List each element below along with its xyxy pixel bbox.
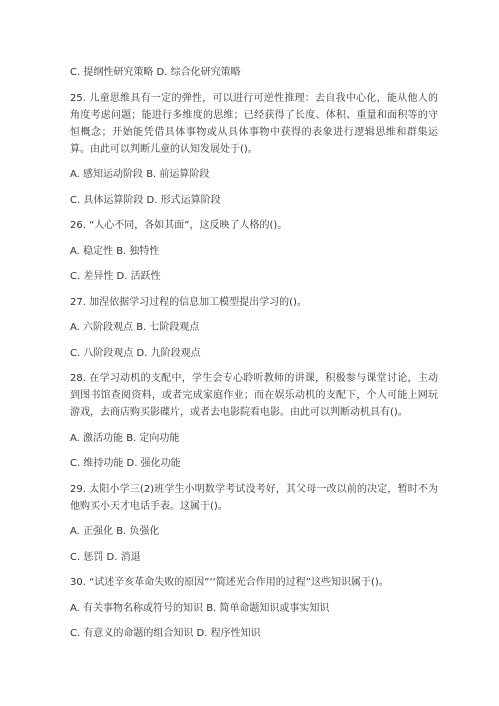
- question-28-options-cd: C. 维持功能 D. 强化功能: [70, 455, 438, 472]
- question-28: 28. 在学习动机的支配中，学生会专心聆听教师的讲课，积极参与课堂讨论，主动到图…: [70, 370, 438, 472]
- question-29-stem: 29. 太阳小学三(2)班学生小明数学考试没考好，其父母一改以前的决定，暂时不为…: [70, 481, 438, 515]
- question-25: 25. 儿童思维具有一定的弹性，可以进行可逆性推理：去自我中心化，能从他人的角度…: [70, 90, 438, 209]
- question-26-options-ab: A. 稳定性 B. 独特性: [70, 243, 438, 260]
- question-30: 30. “试述辛亥革命失败的原因”‘‘简述光合作用的过程”这些知识属于()。 A…: [70, 574, 438, 642]
- question-26: 26. “人心不同，各如其面”，这反映了人格的()。 A. 稳定性 B. 独特性…: [70, 217, 438, 285]
- question-30-options-ab: A. 有关事物名称或符号的知识 B. 简单命题知识或事实知识: [70, 600, 438, 617]
- question-29: 29. 太阳小学三(2)班学生小明数学考试没考好，其父母一改以前的决定，暂时不为…: [70, 481, 438, 566]
- question-29-options-ab: A. 正强化 B. 负强化: [70, 523, 438, 540]
- question-25-options-ab: A. 感知运动阶段 B. 前运算阶段: [70, 166, 438, 183]
- exam-document-page: C. 提纲性研究策略 D. 综合化研究策略 25. 儿童思维具有一定的弹性，可以…: [70, 64, 438, 651]
- question-26-stem: 26. “人心不同，各如其面”，这反映了人格的()。: [70, 217, 438, 234]
- question-30-options-cd: C. 有意义的命题的组合知识 D. 程序性知识: [70, 625, 438, 642]
- previous-question-options-cd: C. 提纲性研究策略 D. 综合化研究策略: [70, 64, 438, 81]
- question-26-options-cd: C. 差异性 D. 活跃性: [70, 268, 438, 285]
- question-25-options-cd: C. 具体运算阶段 D. 形式运算阶段: [70, 192, 438, 209]
- question-27-stem: 27. 加涅依据学习过程的信息加工模型提出学习的()。: [70, 294, 438, 311]
- question-28-stem: 28. 在学习动机的支配中，学生会专心聆听教师的讲课，积极参与课堂讨论，主动到图…: [70, 370, 438, 421]
- question-28-options-ab: A. 激活功能 B. 定向功能: [70, 430, 438, 447]
- question-29-options-cd: C. 惩罚 D. 消退: [70, 549, 438, 566]
- question-27-options-ab: A. 六阶段观点 B. 七阶段观点: [70, 319, 438, 336]
- question-27-options-cd: C. 八阶段观点 D. 九阶段观点: [70, 345, 438, 362]
- question-25-stem: 25. 儿童思维具有一定的弹性，可以进行可逆性推理：去自我中心化，能从他人的角度…: [70, 90, 438, 158]
- question-30-stem: 30. “试述辛亥革命失败的原因”‘‘简述光合作用的过程”这些知识属于()。: [70, 574, 438, 591]
- question-27: 27. 加涅依据学习过程的信息加工模型提出学习的()。 A. 六阶段观点 B. …: [70, 294, 438, 362]
